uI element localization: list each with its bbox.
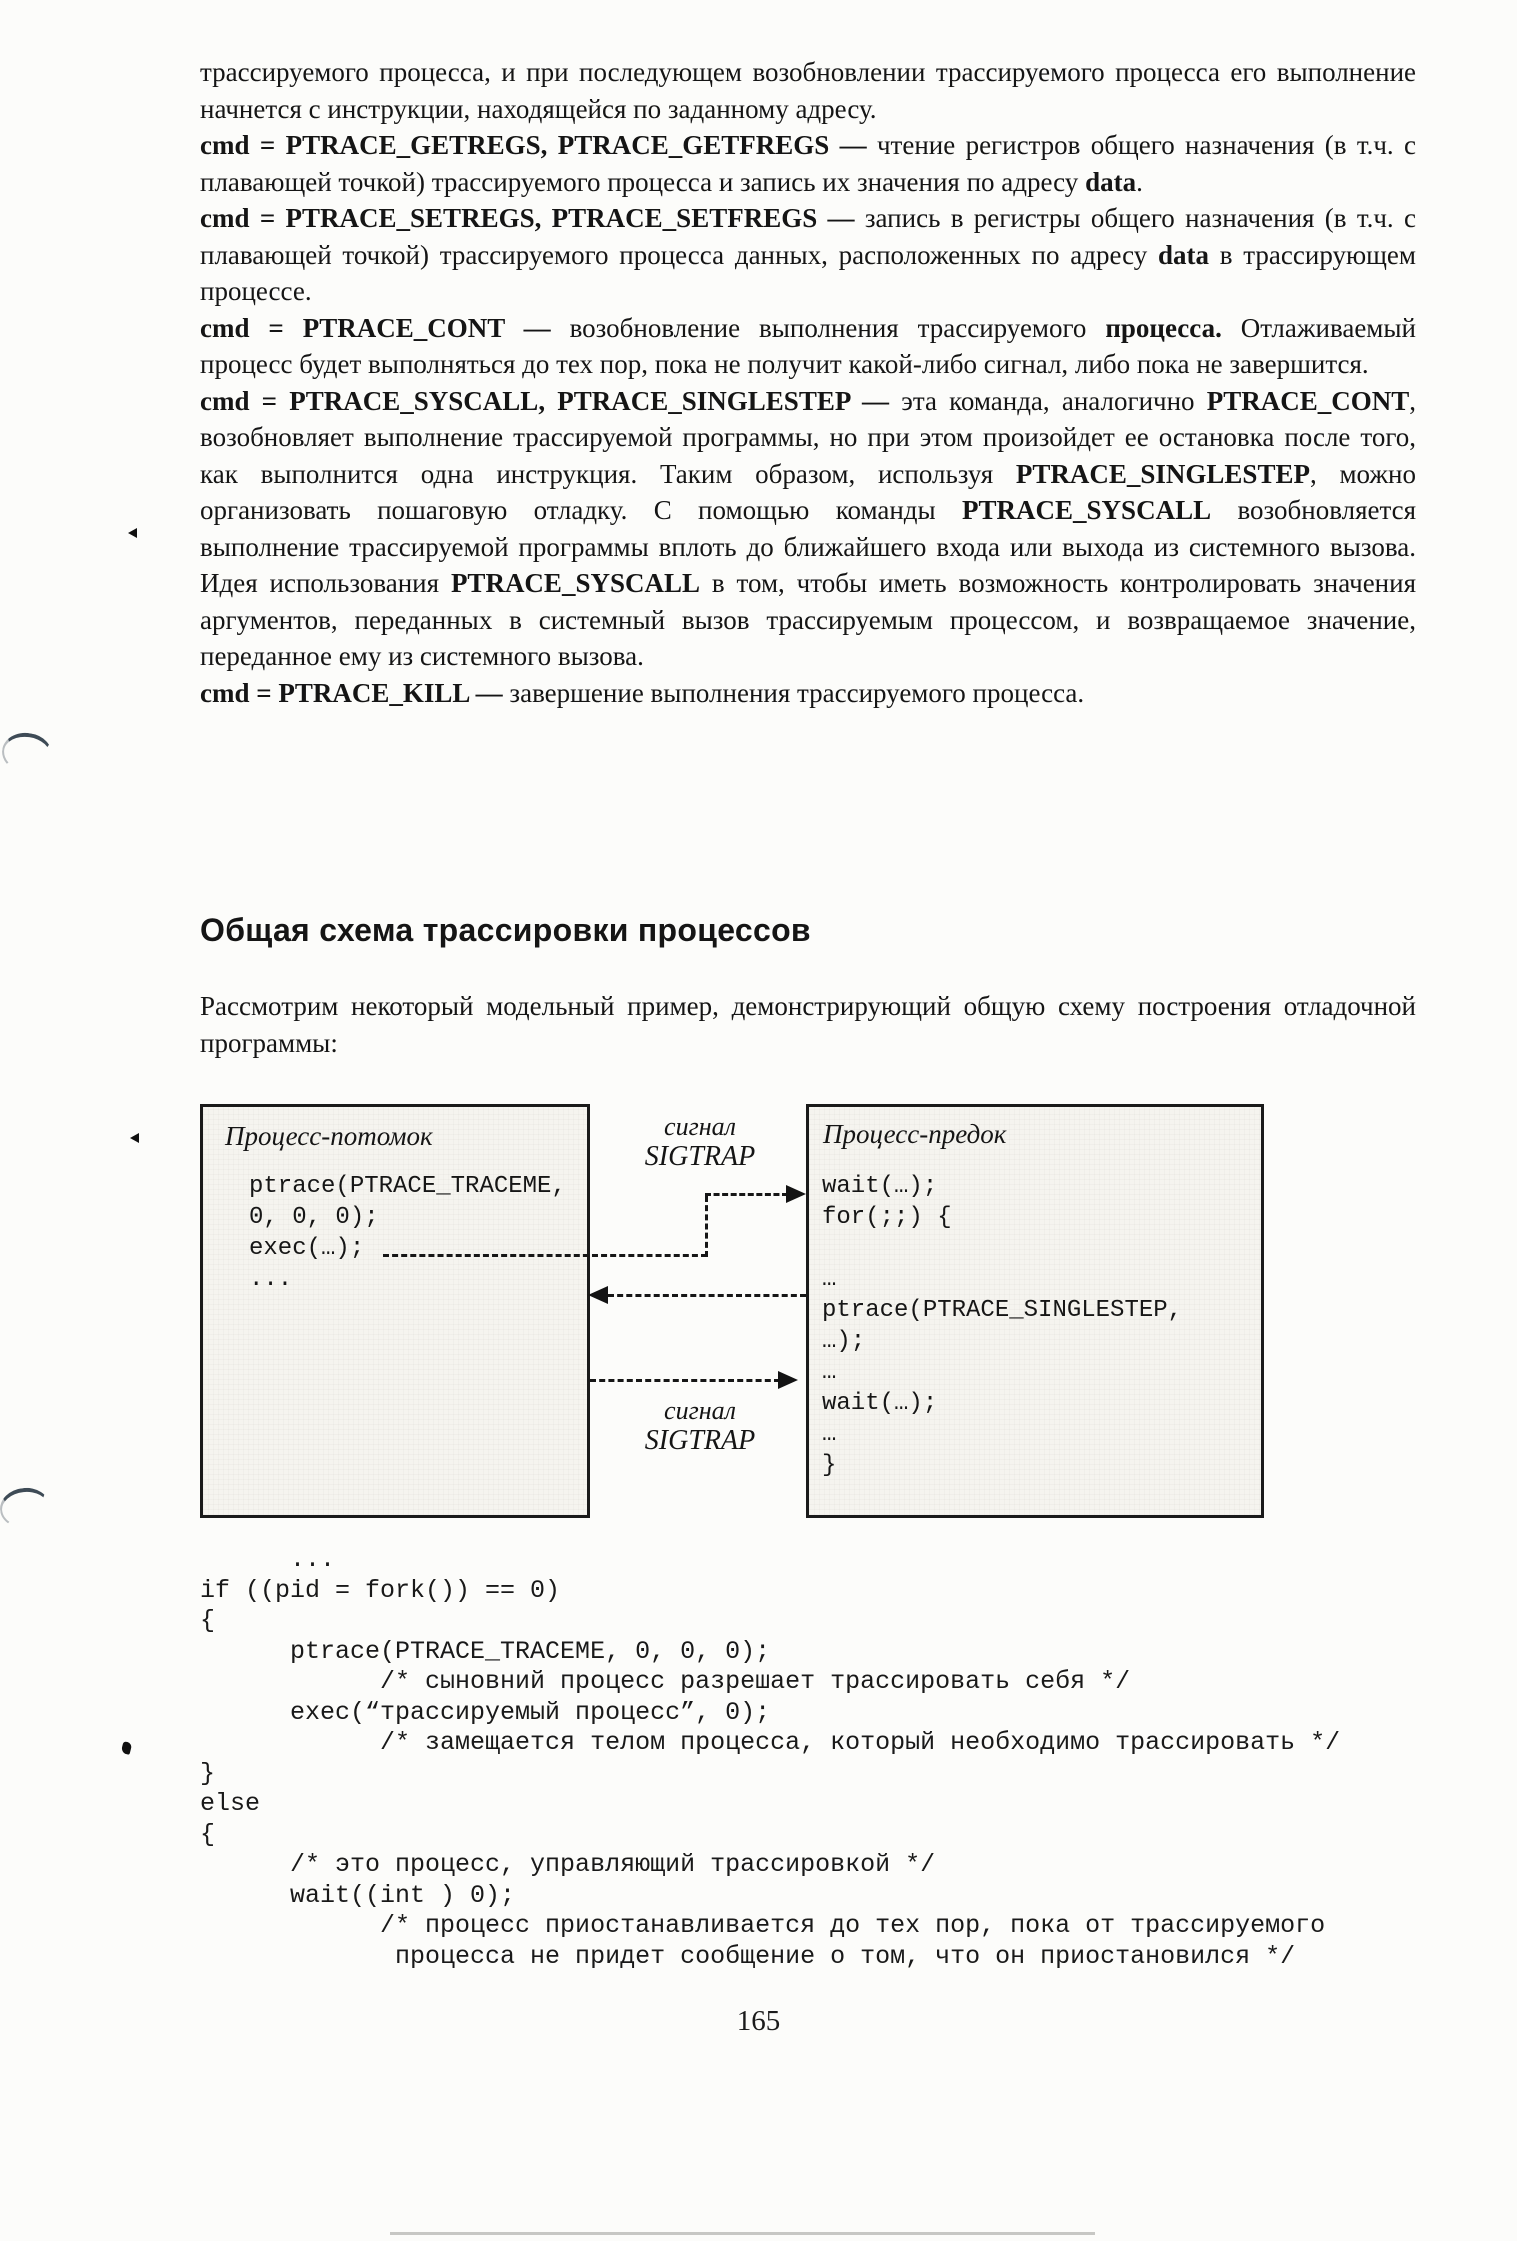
bold-text-run: PTRACE_CONT <box>1207 386 1410 416</box>
bold-text-run: процесса. <box>1105 313 1222 343</box>
paragraph: cmd = PTRACE_CONT — возобновление выполн… <box>200 310 1416 383</box>
paragraph: cmd = PTRACE_KILL — завершение выполнени… <box>200 675 1416 712</box>
arrow-segment <box>705 1193 788 1196</box>
arrowhead-left-icon <box>588 1286 608 1304</box>
child-box-title: Процесс-потомок <box>225 1121 433 1152</box>
text-run: эта команда, аналогично <box>901 386 1207 416</box>
bold-text-run: PTRACE_SYSCALL <box>451 568 700 598</box>
scan-speck <box>130 1133 139 1143</box>
paragraph: трассируемого процесса, и при последующе… <box>200 54 1416 127</box>
arrow-segment <box>590 1379 780 1382</box>
bold-text-run: cmd = PTRACE_SETREGS, PTRACE_SETFREGS — <box>200 203 865 233</box>
child-process-box: Процесс-потомок ptrace(PTRACE_TRACEME, 0… <box>200 1104 590 1518</box>
arrowhead-right-icon <box>778 1371 798 1389</box>
arrowhead-right-icon <box>786 1185 806 1203</box>
scan-speck <box>128 528 137 538</box>
parent-process-box: Процесс-предок wait(…); for(;;) { … ptra… <box>806 1104 1264 1518</box>
bold-text-run: PTRACE_SYSCALL <box>962 495 1211 525</box>
parent-box-code: wait(…); for(;;) { … ptrace(PTRACE_SINGL… <box>822 1171 1182 1481</box>
bold-text-run: data <box>1158 240 1209 270</box>
child-box-code: ptrace(PTRACE_TRACEME, 0, 0, 0); exec(…)… <box>249 1171 566 1295</box>
bold-text-run: PTRACE_SINGLESTEP <box>1016 459 1310 489</box>
parent-box-title: Процесс-предок <box>823 1119 1006 1150</box>
text-run: трассируемого процесса, и при последующе… <box>200 57 1416 124</box>
arrow-segment <box>383 1254 707 1257</box>
signal-word: сигнал <box>585 1396 815 1426</box>
bold-text-run: cmd = PTRACE_CONT — <box>200 313 570 343</box>
bold-text-run: cmd = PTRACE_KILL — <box>200 678 509 708</box>
scan-speck <box>121 1741 133 1755</box>
scan-edge-line <box>390 2232 1095 2235</box>
lead-paragraph: Рассмотрим некоторый модельный пример, д… <box>200 988 1416 1062</box>
paragraph: cmd = PTRACE_SETREGS, PTRACE_SETFREGS — … <box>200 200 1416 310</box>
text-run: завершение выполнения трассируемого проц… <box>509 678 1084 708</box>
scan-artifact-arc <box>0 730 55 777</box>
text-run: возобновление выполнения трассируемого <box>570 313 1106 343</box>
scan-artifact-arc <box>0 1485 52 1530</box>
arrow-segment <box>608 1294 806 1297</box>
scanned-book-page: трассируемого процесса, и при последующе… <box>0 0 1517 2241</box>
body-paragraphs: трассируемого процесса, и при последующе… <box>200 54 1416 711</box>
signal-sigtrap-label-top: сигнал SIGTRAP <box>585 1112 815 1172</box>
section-heading: Общая схема трассировки процессов <box>200 912 1416 949</box>
code-listing: ... if ((pid = fork()) == 0) { ptrace(PT… <box>200 1545 1340 1972</box>
bold-text-run: cmd = PTRACE_SYSCALL, PTRACE_SINGLESTEP … <box>200 386 901 416</box>
page-number: 165 <box>0 2005 1517 2038</box>
text-run: . <box>1136 167 1143 197</box>
sigtrap-word: SIGTRAP <box>585 1142 815 1172</box>
paragraph: cmd = PTRACE_GETREGS, PTRACE_GETFREGS — … <box>200 127 1416 200</box>
bold-text-run: data <box>1085 167 1136 197</box>
signal-word: сигнал <box>585 1112 815 1142</box>
paragraph: cmd = PTRACE_SYSCALL, PTRACE_SINGLESTEP … <box>200 383 1416 675</box>
sigtrap-word: SIGTRAP <box>585 1426 815 1456</box>
arrow-segment <box>705 1196 708 1257</box>
signal-sigtrap-label-bottom: сигнал SIGTRAP <box>585 1396 815 1456</box>
bold-text-run: cmd = PTRACE_GETREGS, PTRACE_GETFREGS — <box>200 130 877 160</box>
